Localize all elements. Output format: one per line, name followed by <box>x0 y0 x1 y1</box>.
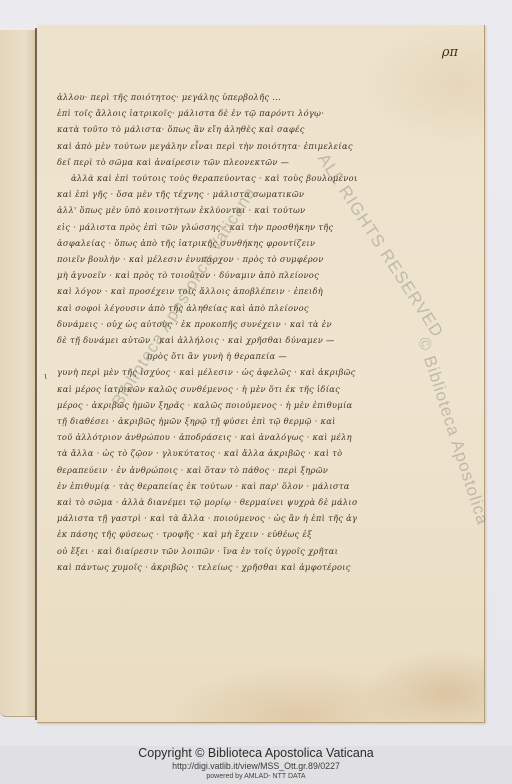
folio-number: ρπ <box>442 45 458 60</box>
text-line: τὰ ἄλλα · ὡς τὸ ζῷον · γλυκύτατος · καὶ … <box>57 445 357 461</box>
text-line: ἀλλου· περὶ τῆς ποιότητος· μεγάλης ὑπερβ… <box>57 89 357 105</box>
text-line: ἐπὶ τοῖς ἄλλοις ἰατρικοῖς· μάλιστα δὲ ἐν… <box>57 105 357 121</box>
verso-page-edge <box>0 30 36 717</box>
text-line: ἐν ἐπιθυμίᾳ · τὰς θεραπείας ἐκ τούτων · … <box>57 478 357 494</box>
text-line: τῇ διαθέσει · ἀκριβῶς ἡμῶν ξηρῷ τῇ φύσει… <box>57 413 357 429</box>
text-line: μάλιστα τῇ γαστρὶ · καὶ τὰ ἄλλα · ποιούμ… <box>57 510 357 526</box>
text-line: τοῦ ἀλλότριον ἀνθρώπου · ἀποδράσεις · κα… <box>57 429 357 445</box>
text-line: καὶ ἐπὶ γῆς · ὅσα μὲν τῆς τέχνης · μάλισ… <box>57 186 357 202</box>
text-line: δεῖ περὶ τὸ σῶμα καὶ ἀναίρεσιν τῶν πλεον… <box>57 154 357 170</box>
text-line: μέρος · ἀκριβῶς ἡμῶν ξηρᾶς · καλῶς ποιού… <box>57 397 357 413</box>
text-line: καὶ πάντως χυμοῖς · ἀκριβῶς · τελείως · … <box>57 559 357 575</box>
text-line: ἐκ πάσης τῆς φύσεως · τροφῆς · καὶ μὴ ἔχ… <box>57 526 357 542</box>
text-line: καὶ σοφοὶ λέγουσιν ἀπὸ τῆς ἀληθείας καὶ … <box>57 300 357 316</box>
copyright-footer: Copyright © Biblioteca Apostolica Vatica… <box>0 746 512 784</box>
powered-by-text: powered by AMLAD- NTT DATA <box>0 772 512 782</box>
text-line: καὶ τὸ σῶμα · ἀλλὰ διανέμει τῷ μορίῳ · θ… <box>57 494 357 510</box>
copyright-text: Copyright © Biblioteca Apostolica Vatica… <box>0 746 512 761</box>
manuscript-folio[interactable]: ρπ ἀλλου· περὶ τῆς ποιότητος· μεγάλης ὑπ… <box>37 25 485 723</box>
text-line: δὲ τῇ δυνάμει αὐτῶν · καὶ ἀλλήλοις · καὶ… <box>57 332 357 348</box>
section-heading: πρὸς ὅτι ἂν γυνὴ ἡ θεραπεία — <box>57 348 357 364</box>
text-line: εἰς · μάλιστα πρὸς ἐπὶ τῶν γλώσσης · καὶ… <box>57 219 357 235</box>
text-line: καὶ μέρος ἰατρικῶν καλῶς συνθέμενος · ἡ … <box>57 381 357 397</box>
text-line: θεραπεύειν · ἐν ἀνθρώποις · καὶ ὅταν τὸ … <box>57 462 357 478</box>
manuscript-url[interactable]: http://digi.vatlib.it/view/MSS_Ott.gr.89… <box>0 761 512 772</box>
manuscript-text: ἀλλου· περὶ τῆς ποιότητος· μεγάλης ὑπερβ… <box>57 89 357 575</box>
text-line: οὐ ἕξει · καὶ διαίρεσιν τῶν λοιπῶν · ἵνα… <box>57 543 357 559</box>
text-line: ἀλλ' ὅπως μὲν ὑπὸ κοινοτήτων ἐκλύονται ·… <box>57 202 357 218</box>
text-line: δυνάμεις · οὐχ ὡς αὐτοὺς · ἐκ προκοπῆς σ… <box>57 316 357 332</box>
text-line: κατὰ τοῦτο τὸ μάλιστα· ὅπως ἂν εἴη ἀληθὲ… <box>57 121 357 137</box>
text-line: καὶ λόγον · καὶ προσέχειν τοῖς ἄλλοις ἀπ… <box>57 283 357 299</box>
margin-note: ι <box>44 372 48 382</box>
text-line: ἀλλὰ καὶ ἐπὶ τούτοις τοὺς θεραπεύοντας ·… <box>57 170 357 186</box>
text-line: γυνὴ περὶ μὲν τῆς ἰσχύος · καὶ μέλεσιν ·… <box>57 364 357 380</box>
text-line: καὶ ἀπὸ μὲν τούτων μεγάλην εἶναι περὶ τὴ… <box>57 138 357 154</box>
